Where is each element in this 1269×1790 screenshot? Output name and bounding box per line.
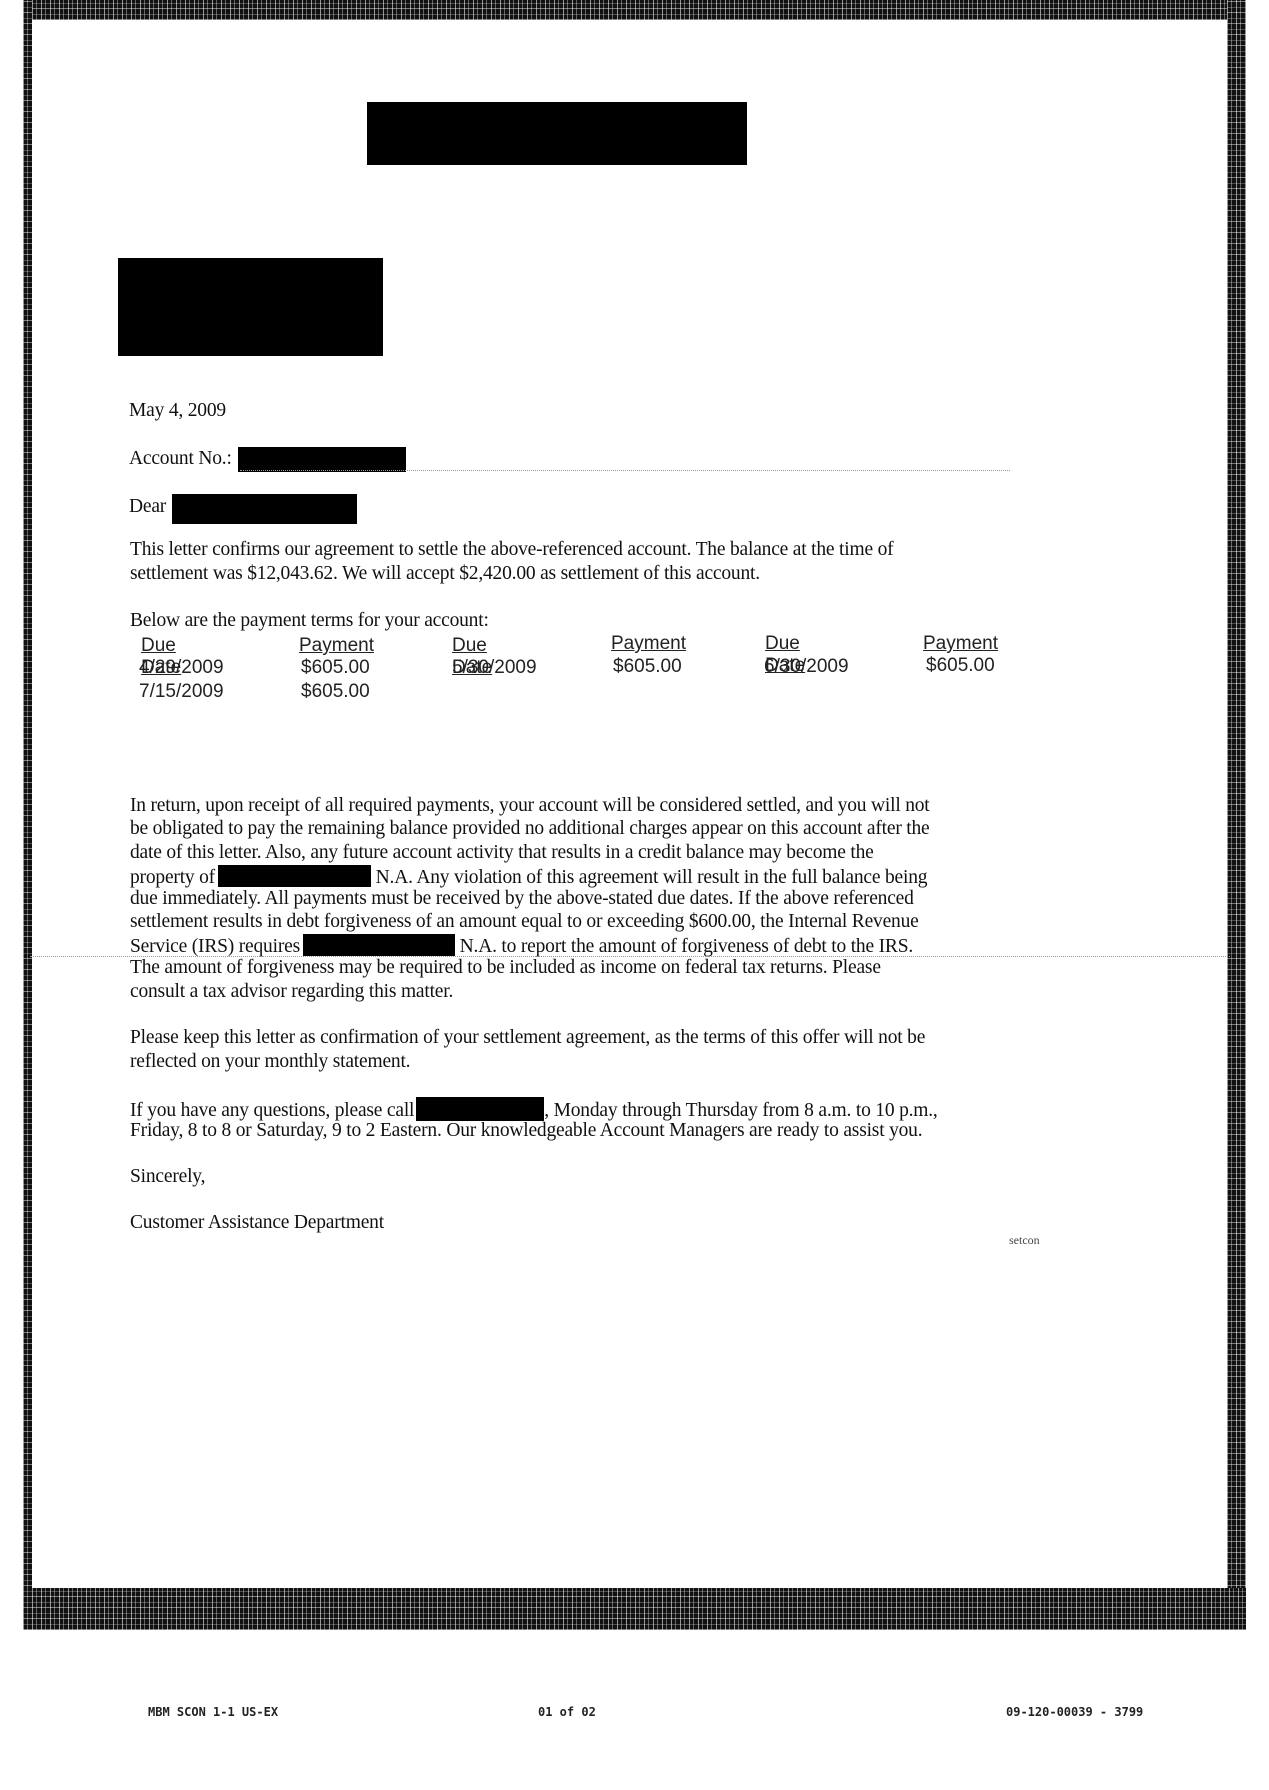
terms-intro: Below are the payment terms for your acc…: [130, 610, 489, 632]
signature: Customer Assistance Department: [130, 1212, 384, 1234]
redacted-bank-name: [218, 865, 371, 887]
terms-line-1: In return, upon receipt of all required …: [130, 795, 930, 817]
intro-line-1: This letter confirms our agreement to se…: [130, 539, 893, 561]
table-cell: 6/30/2009: [764, 656, 849, 678]
table-header: Payment: [611, 633, 686, 655]
questions-line-1-end: , Monday through Thursday from 8 a.m. to…: [544, 1100, 937, 1121]
questions-line-1-start: If you have any questions, please call: [130, 1100, 414, 1121]
questions-line-1: If you have any questions, please call, …: [130, 1097, 938, 1122]
scan-border-left: [23, 0, 32, 1630]
scan-border-right: [1227, 0, 1246, 1630]
questions-line-2: Friday, 8 to 8 or Saturday, 9 to 2 Easte…: [130, 1120, 922, 1142]
table-cell: 7/15/2009: [139, 681, 224, 703]
code-stamp: setcon: [1009, 1233, 1040, 1248]
redacted-recipient-name: [172, 494, 357, 524]
redacted-phone-number: [416, 1097, 544, 1121]
terms-line-8: The amount of forgiveness may be require…: [130, 957, 881, 979]
table-cell: $605.00: [613, 656, 682, 678]
terms-line-4: property of N.A. Any violation of this a…: [130, 865, 927, 889]
table-cell: $605.00: [301, 681, 370, 703]
salutation: Dear: [129, 496, 166, 518]
terms-line-3: date of this letter. Also, any future ac…: [130, 842, 874, 864]
terms-line-7: Service (IRS) requires N.A. to report th…: [130, 934, 913, 958]
redacted-bank-name: [303, 934, 455, 956]
footer-form-code: MBM SCON 1-1 US-EX: [148, 1705, 278, 1719]
account-label: Account No.:: [129, 448, 232, 470]
table-cell: 5/30/2009: [452, 657, 537, 679]
terms-line-7-end: N.A. to report the amount of forgiveness…: [455, 936, 913, 957]
scan-border-bottom: [23, 1588, 1246, 1630]
scan-artifact-dots: [240, 470, 1010, 471]
table-header: Payment: [923, 633, 998, 655]
terms-line-4-start: property of: [130, 867, 215, 888]
letter-date: May 4, 2009: [129, 400, 226, 422]
table-header: Payment: [299, 635, 374, 657]
keep-line-1: Please keep this letter as confirmation …: [130, 1027, 925, 1049]
table-cell: $605.00: [926, 655, 995, 677]
terms-line-5: due immediately. All payments must be re…: [130, 888, 914, 910]
terms-line-4-end: N.A. Any violation of this agreement wil…: [371, 867, 927, 888]
table-cell: $605.00: [301, 657, 370, 679]
table-cell: 4/29/2009: [139, 657, 224, 679]
intro-line-2: settlement was $12,043.62. We will accep…: [130, 563, 760, 585]
scan-border-top: [23, 0, 1246, 20]
redacted-letterhead: [367, 102, 747, 165]
terms-line-7-start: Service (IRS) requires: [130, 936, 300, 957]
footer-page-number: 01 of 02: [538, 1705, 596, 1719]
footer-reference-number: 09-120-00039 - 3799: [1006, 1705, 1143, 1719]
terms-line-6: settlement results in debt forgiveness o…: [130, 911, 919, 933]
keep-line-2: reflected on your monthly statement.: [130, 1051, 410, 1073]
terms-line-9: consult a tax advisor regarding this mat…: [130, 981, 453, 1003]
redacted-account-number: [238, 447, 406, 472]
redacted-recipient-address: [118, 258, 383, 356]
closing: Sincerely,: [130, 1166, 205, 1188]
terms-line-2: be obligated to pay the remaining balanc…: [130, 818, 930, 840]
